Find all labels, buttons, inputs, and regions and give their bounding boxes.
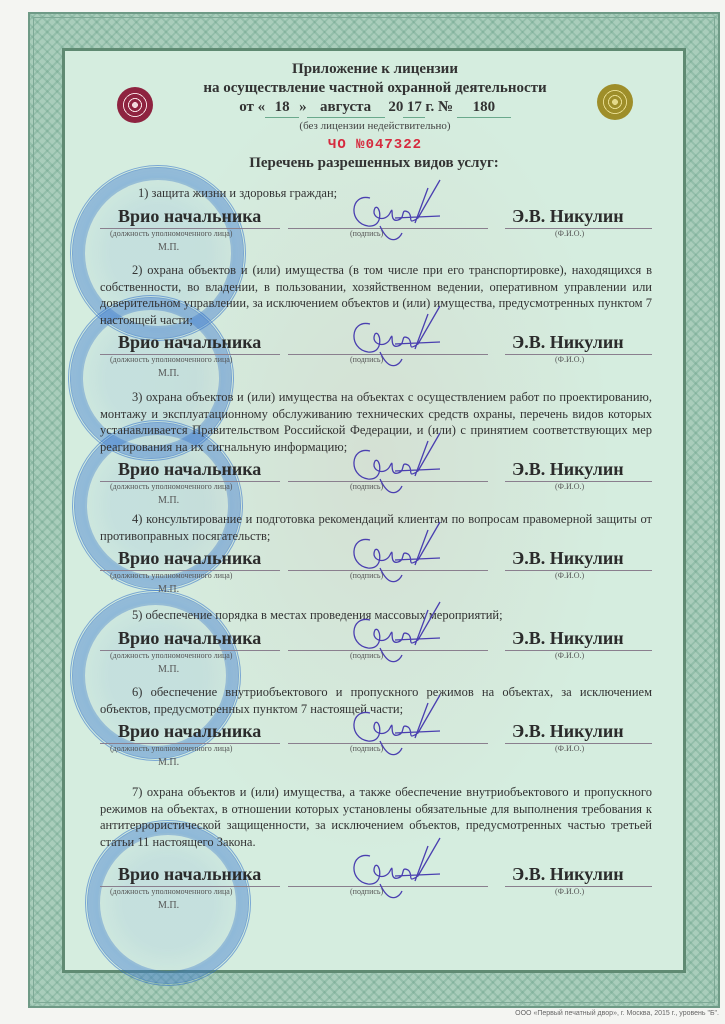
validity-note: (без лицензии недействительно) <box>200 118 550 134</box>
signature-row: Врио начальника (должность уполномоченно… <box>100 628 652 674</box>
signatory-name: Э.В. Никулин <box>512 206 624 227</box>
seal-mark: М.П. <box>158 900 179 911</box>
handwritten-signature-icon <box>340 693 450 763</box>
signatory-name: Э.В. Никулин <box>512 721 624 742</box>
number-label: № <box>438 99 453 115</box>
signatory-role: Врио начальника <box>118 548 261 569</box>
role-caption: (должность уполномоченного лица) <box>110 571 232 580</box>
signatory-name: Э.В. Никулин <box>512 628 624 649</box>
handwritten-signature-icon <box>340 178 450 248</box>
signature-row: Врио начальника (должность уполномоченно… <box>100 459 652 505</box>
signatory-role: Врио начальника <box>118 332 261 353</box>
role-caption: (должность уполномоченного лица) <box>110 355 232 364</box>
handwritten-signature-icon <box>340 520 450 590</box>
signature-row: Врио начальника (должность уполномоченно… <box>100 721 652 767</box>
date-quote: » <box>299 99 307 115</box>
name-caption: (Ф.И.О.) <box>555 229 584 238</box>
signatory-role: Врио начальника <box>118 721 261 742</box>
name-caption: (Ф.И.О.) <box>555 887 584 896</box>
date-day: 18 <box>265 98 299 118</box>
year-unit: г. <box>425 99 434 115</box>
name-caption: (Ф.И.О.) <box>555 744 584 753</box>
services-list-title: Перечень разрешенных видов услуг: <box>62 155 686 172</box>
signatory-name: Э.В. Никулин <box>512 864 624 885</box>
serial-number: ЧО №047322 <box>200 134 550 156</box>
signatory-role: Врио начальника <box>118 864 261 885</box>
date-line: от «18»августа 2017г. № 180 <box>200 98 550 118</box>
role-caption: (должность уполномоченного лица) <box>110 887 232 896</box>
seal-mark: М.П. <box>158 584 179 595</box>
handwritten-signature-icon <box>340 304 450 374</box>
handwritten-signature-icon <box>340 600 450 670</box>
service-item: 7) охрана объектов и (или) имущества, а … <box>100 784 652 910</box>
role-caption: (должность уполномоченного лица) <box>110 744 232 753</box>
signature-row: Врио начальника (должность уполномоченно… <box>100 206 652 252</box>
signature-row: Врио начальника (должность уполномоченно… <box>100 332 652 378</box>
name-caption: (Ф.И.О.) <box>555 482 584 491</box>
document-header: Приложение к лицензии на осуществление ч… <box>200 60 550 156</box>
signature-row: Врио начальника (должность уполномоченно… <box>100 548 652 594</box>
name-caption: (Ф.И.О.) <box>555 355 584 364</box>
signatory-role: Врио начальника <box>118 459 261 480</box>
printer-footer: ООО «Первый печатный двор», г. Москва, 2… <box>515 1010 719 1017</box>
rosette-emblem-gold-icon <box>597 84 633 120</box>
signatory-role: Врио начальника <box>118 628 261 649</box>
seal-mark: М.П. <box>158 495 179 506</box>
date-month: августа <box>307 98 385 118</box>
service-item: 2) охрана объектов и (или) имущества (в … <box>100 262 652 378</box>
service-item: 6) обеспечение внутриобъектового и пропу… <box>100 684 652 767</box>
role-caption: (должность уполномоченного лица) <box>110 651 232 660</box>
license-number: 180 <box>457 98 511 118</box>
service-item: 4) консультирование и подготовка рекомен… <box>100 511 652 594</box>
signatory-role: Врио начальника <box>118 206 261 227</box>
service-item: 3) охрана объектов и (или) имущества на … <box>100 389 652 505</box>
rosette-emblem-red-icon <box>117 87 153 123</box>
role-caption: (должность уполномоченного лица) <box>110 482 232 491</box>
signatory-name: Э.В. Никулин <box>512 459 624 480</box>
role-caption: (должность уполномоченного лица) <box>110 229 232 238</box>
title-line-1: Приложение к лицензии <box>200 60 550 79</box>
seal-mark: М.П. <box>158 242 179 253</box>
date-prefix: от « <box>239 99 265 115</box>
name-caption: (Ф.И.О.) <box>555 571 584 580</box>
year-suffix: 17 <box>403 98 425 118</box>
year-prefix: 20 <box>388 99 403 115</box>
signatory-name: Э.В. Никулин <box>512 332 624 353</box>
title-line-2: на осуществление частной охранной деятел… <box>200 79 550 98</box>
service-item: 1) защита жизни и здоровья граждан; Врио… <box>100 185 652 252</box>
seal-mark: М.П. <box>158 664 179 675</box>
service-item: 5) обеспечение порядка в местах проведен… <box>100 607 652 674</box>
signature-row: Врио начальника (должность уполномоченно… <box>100 864 652 910</box>
signatory-name: Э.В. Никулин <box>512 548 624 569</box>
name-caption: (Ф.И.О.) <box>555 651 584 660</box>
seal-mark: М.П. <box>158 368 179 379</box>
handwritten-signature-icon <box>340 836 450 906</box>
handwritten-signature-icon <box>340 431 450 501</box>
seal-mark: М.П. <box>158 757 179 768</box>
